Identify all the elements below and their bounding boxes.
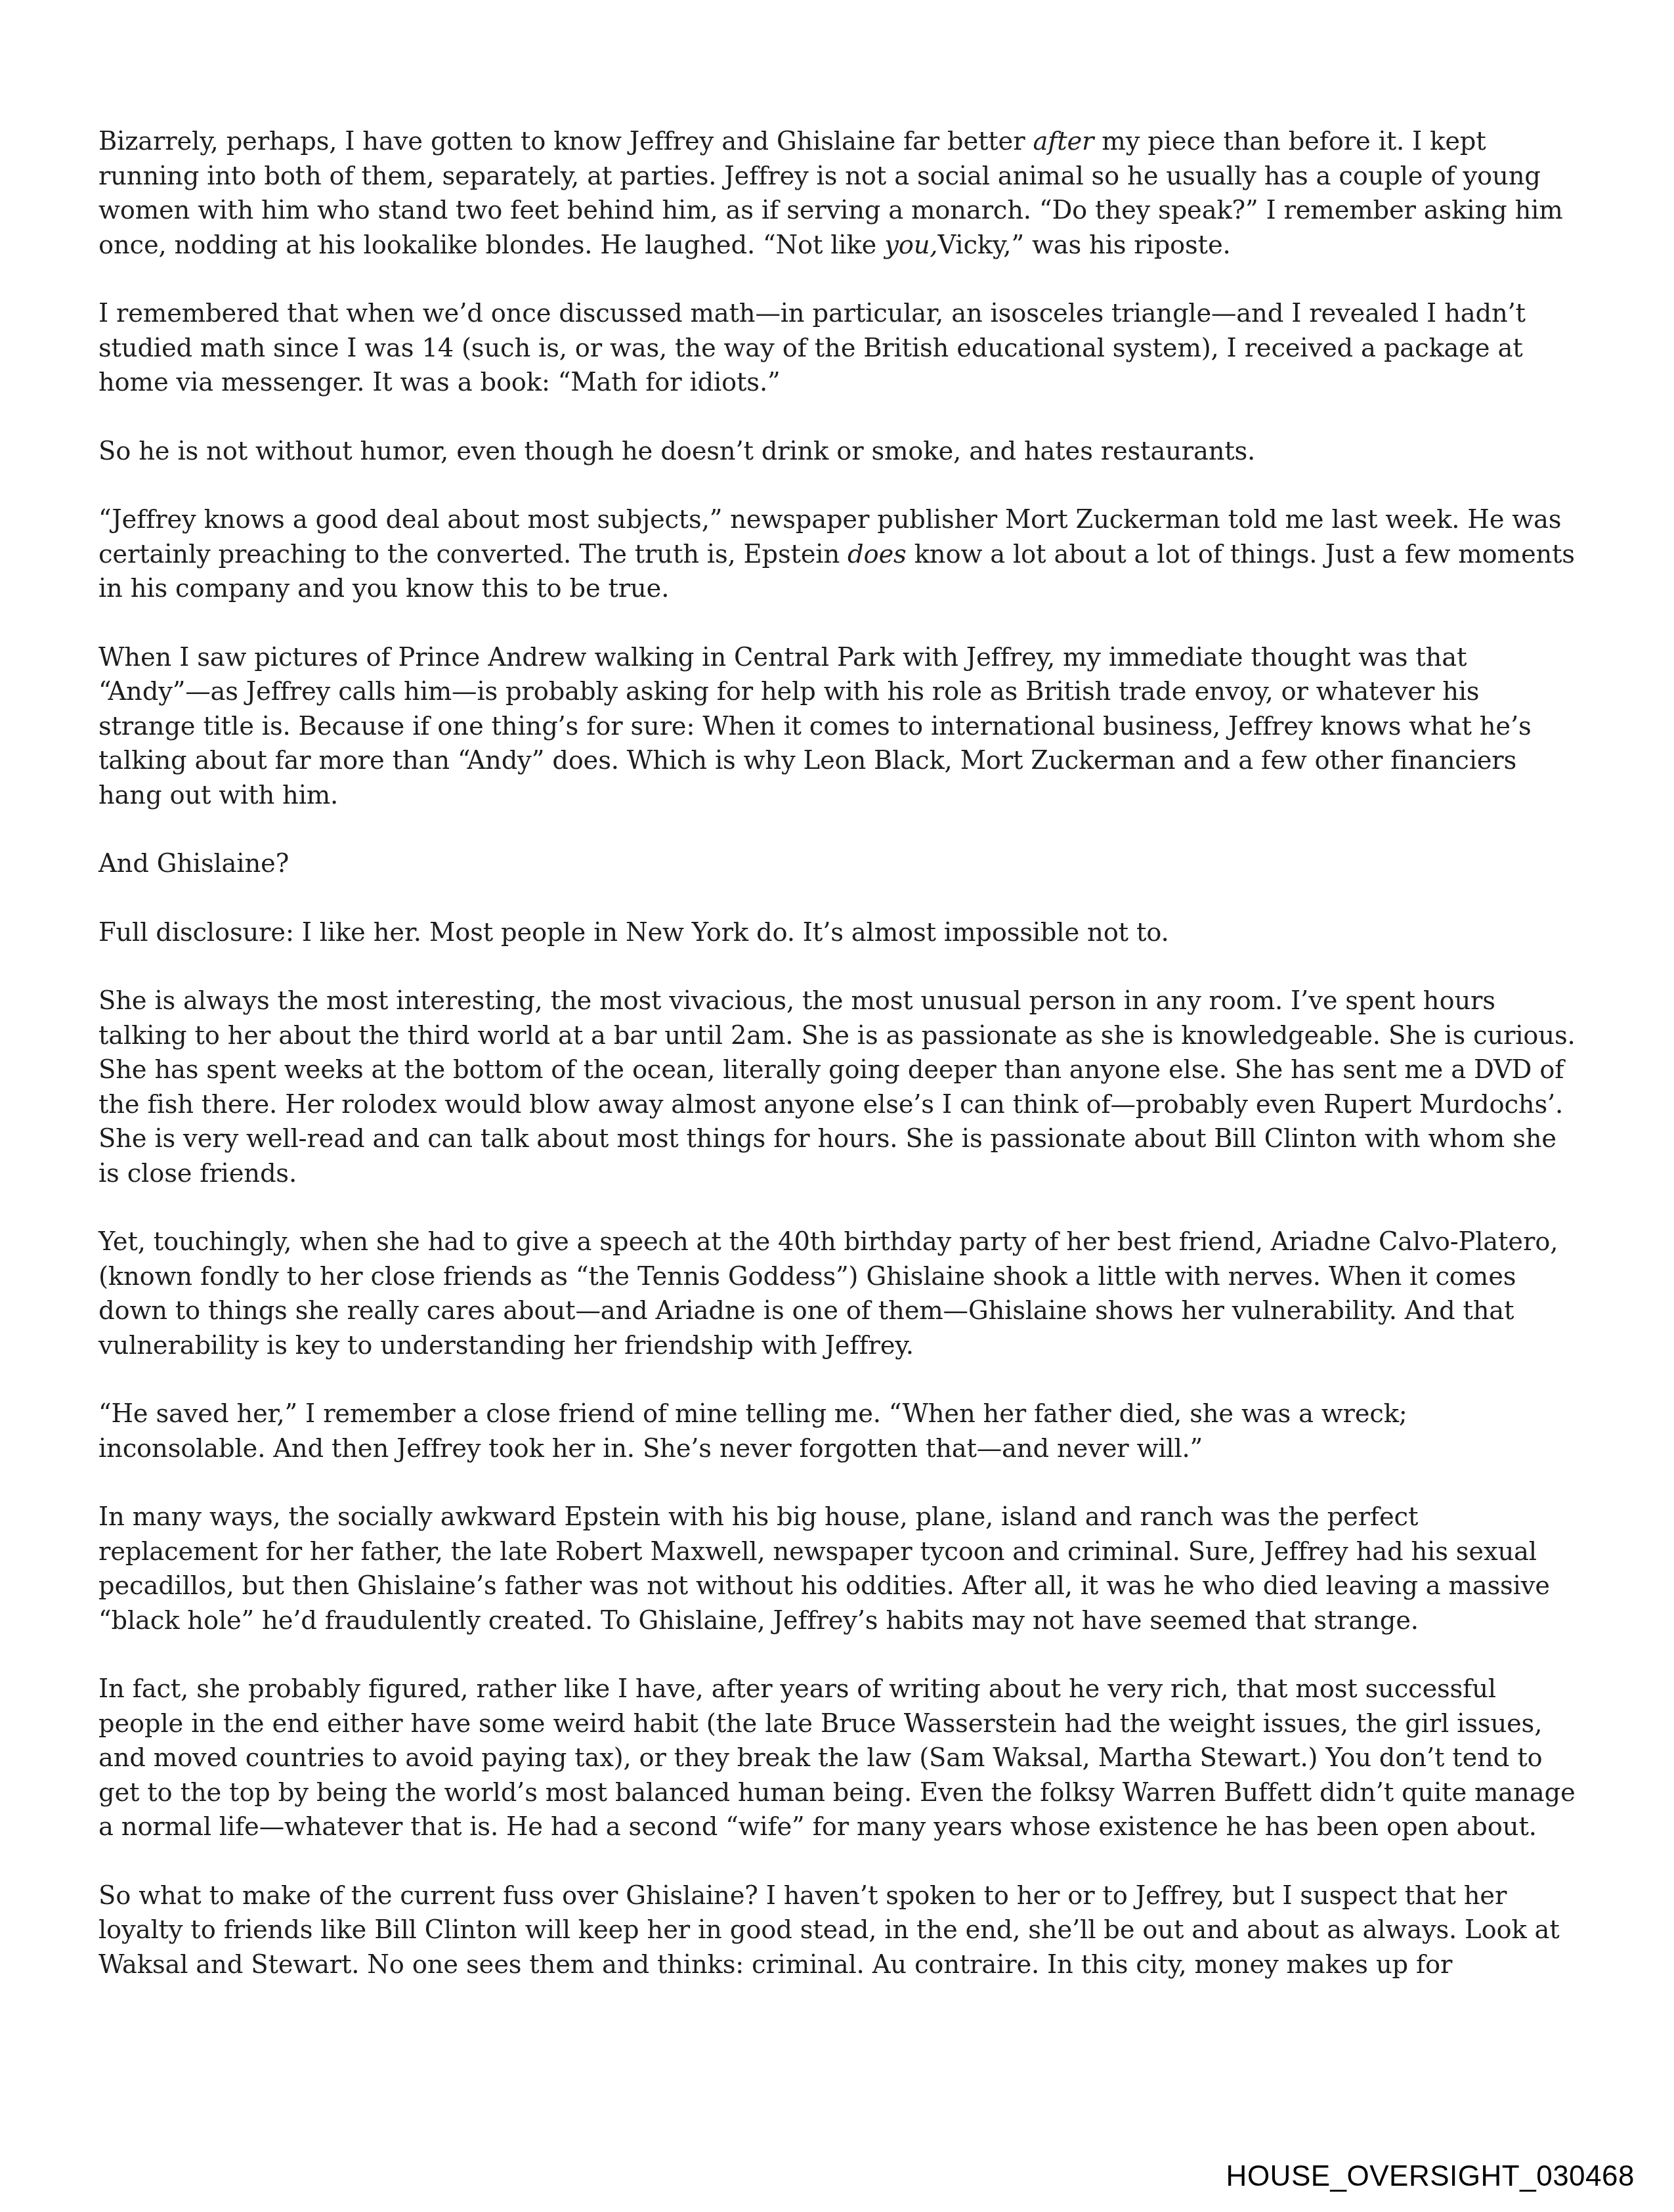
text-run: Full disclosure: I like her. Most people…: [98, 918, 1169, 947]
text-run: And Ghislaine?: [98, 849, 289, 878]
document-body: Bizarrely, perhaps, I have gotten to kno…: [98, 125, 1576, 2016]
paragraph: In fact, she probably figured, rather li…: [98, 1672, 1576, 1845]
paragraph: So he is not without humor, even though …: [98, 435, 1576, 469]
text-run: I remembered that when we’d once discuss…: [98, 299, 1526, 397]
paragraph: When I saw pictures of Prince Andrew wal…: [98, 641, 1576, 813]
text-run: In fact, she probably figured, rather li…: [98, 1674, 1575, 1842]
paragraph: In many ways, the socially awkward Epste…: [98, 1500, 1576, 1638]
text-run: In many ways, the socially awkward Epste…: [98, 1502, 1550, 1636]
paragraph: Full disclosure: I like her. Most people…: [98, 916, 1576, 951]
text-run: When I saw pictures of Prince Andrew wal…: [98, 643, 1532, 810]
italic-text-run: you,: [884, 230, 937, 260]
paragraph: Yet, touchingly, when she had to give a …: [98, 1225, 1576, 1363]
paragraph: “He saved her,” I remember a close frien…: [98, 1397, 1576, 1466]
text-run: Vicky,” was his riposte.: [937, 230, 1230, 260]
paragraph: And Ghislaine?: [98, 847, 1576, 882]
text-run: So he is not without humor, even though …: [98, 437, 1255, 466]
paragraph: I remembered that when we’d once discuss…: [98, 297, 1576, 401]
italic-text-run: does: [848, 540, 907, 569]
paragraph: “Jeffrey knows a good deal about most su…: [98, 503, 1576, 607]
text-run: So what to make of the current fuss over…: [98, 1881, 1560, 1980]
bates-stamp: HOUSE_OVERSIGHT_030468: [1226, 2160, 1635, 2193]
paragraph: Bizarrely, perhaps, I have gotten to kno…: [98, 125, 1576, 263]
text-run: Bizarrely, perhaps, I have gotten to kno…: [98, 127, 1033, 156]
text-run: Yet, touchingly, when she had to give a …: [98, 1227, 1558, 1360]
paragraph: So what to make of the current fuss over…: [98, 1879, 1576, 1983]
text-run: “He saved her,” I remember a close frien…: [98, 1399, 1407, 1464]
paragraph: She is always the most interesting, the …: [98, 984, 1576, 1191]
text-run: She is always the most interesting, the …: [98, 986, 1575, 1188]
italic-text-run: after: [1033, 127, 1094, 156]
